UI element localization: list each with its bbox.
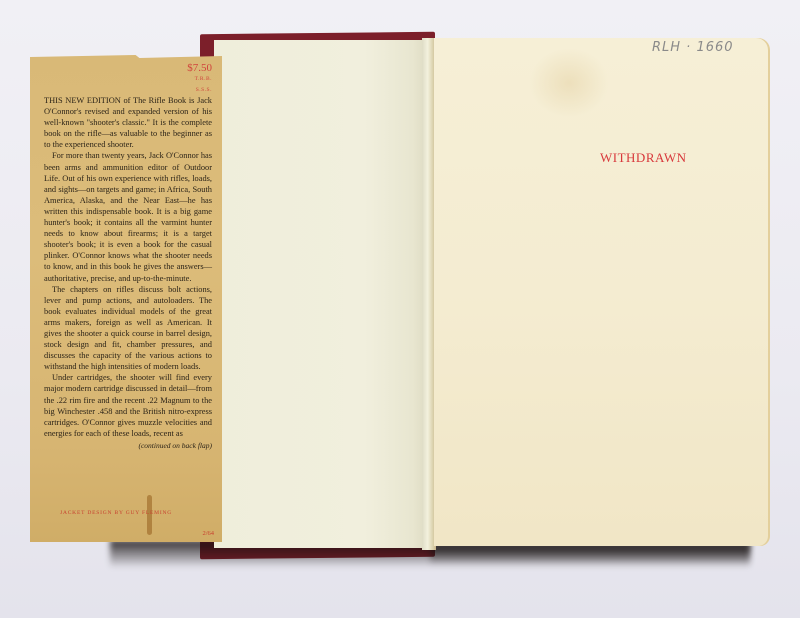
book-shadow-right	[430, 545, 750, 565]
blurb-paragraph: For more than twenty years, Jack O'Conno…	[44, 150, 212, 283]
blurb-paragraph: Under cartridges, the shooter will find …	[44, 372, 212, 439]
price-code-1: T.R.B.	[187, 74, 212, 84]
dust-jacket-flap: $7.50 T.R.B. S.S.S. THIS NEW EDITION of …	[30, 55, 222, 542]
handwritten-catalog-number: RLH · 1660	[652, 40, 734, 55]
flap-blurb: THIS NEW EDITION of The Rifle Book is Ja…	[44, 95, 212, 451]
blurb-paragraph: The chapters on rifles discuss bolt acti…	[44, 284, 212, 373]
blurb-paragraph: THIS NEW EDITION of The Rifle Book is Ja…	[44, 95, 212, 150]
continued-note: (continued on back flap)	[44, 440, 212, 451]
price-code-2: S.S.S.	[187, 85, 212, 95]
price: $7.50	[187, 62, 212, 74]
water-stain	[529, 48, 609, 118]
front-endpaper	[214, 40, 431, 548]
title-page: RLH · 1660 WITHDRAWN	[434, 38, 770, 546]
designer-credit: JACKET DESIGN BY GUY FLEMING	[60, 510, 172, 516]
print-code: 2/64	[202, 530, 214, 537]
withdrawn-stamp: WITHDRAWN	[600, 150, 687, 166]
price-label: $7.50 T.R.B. S.S.S.	[187, 63, 212, 95]
